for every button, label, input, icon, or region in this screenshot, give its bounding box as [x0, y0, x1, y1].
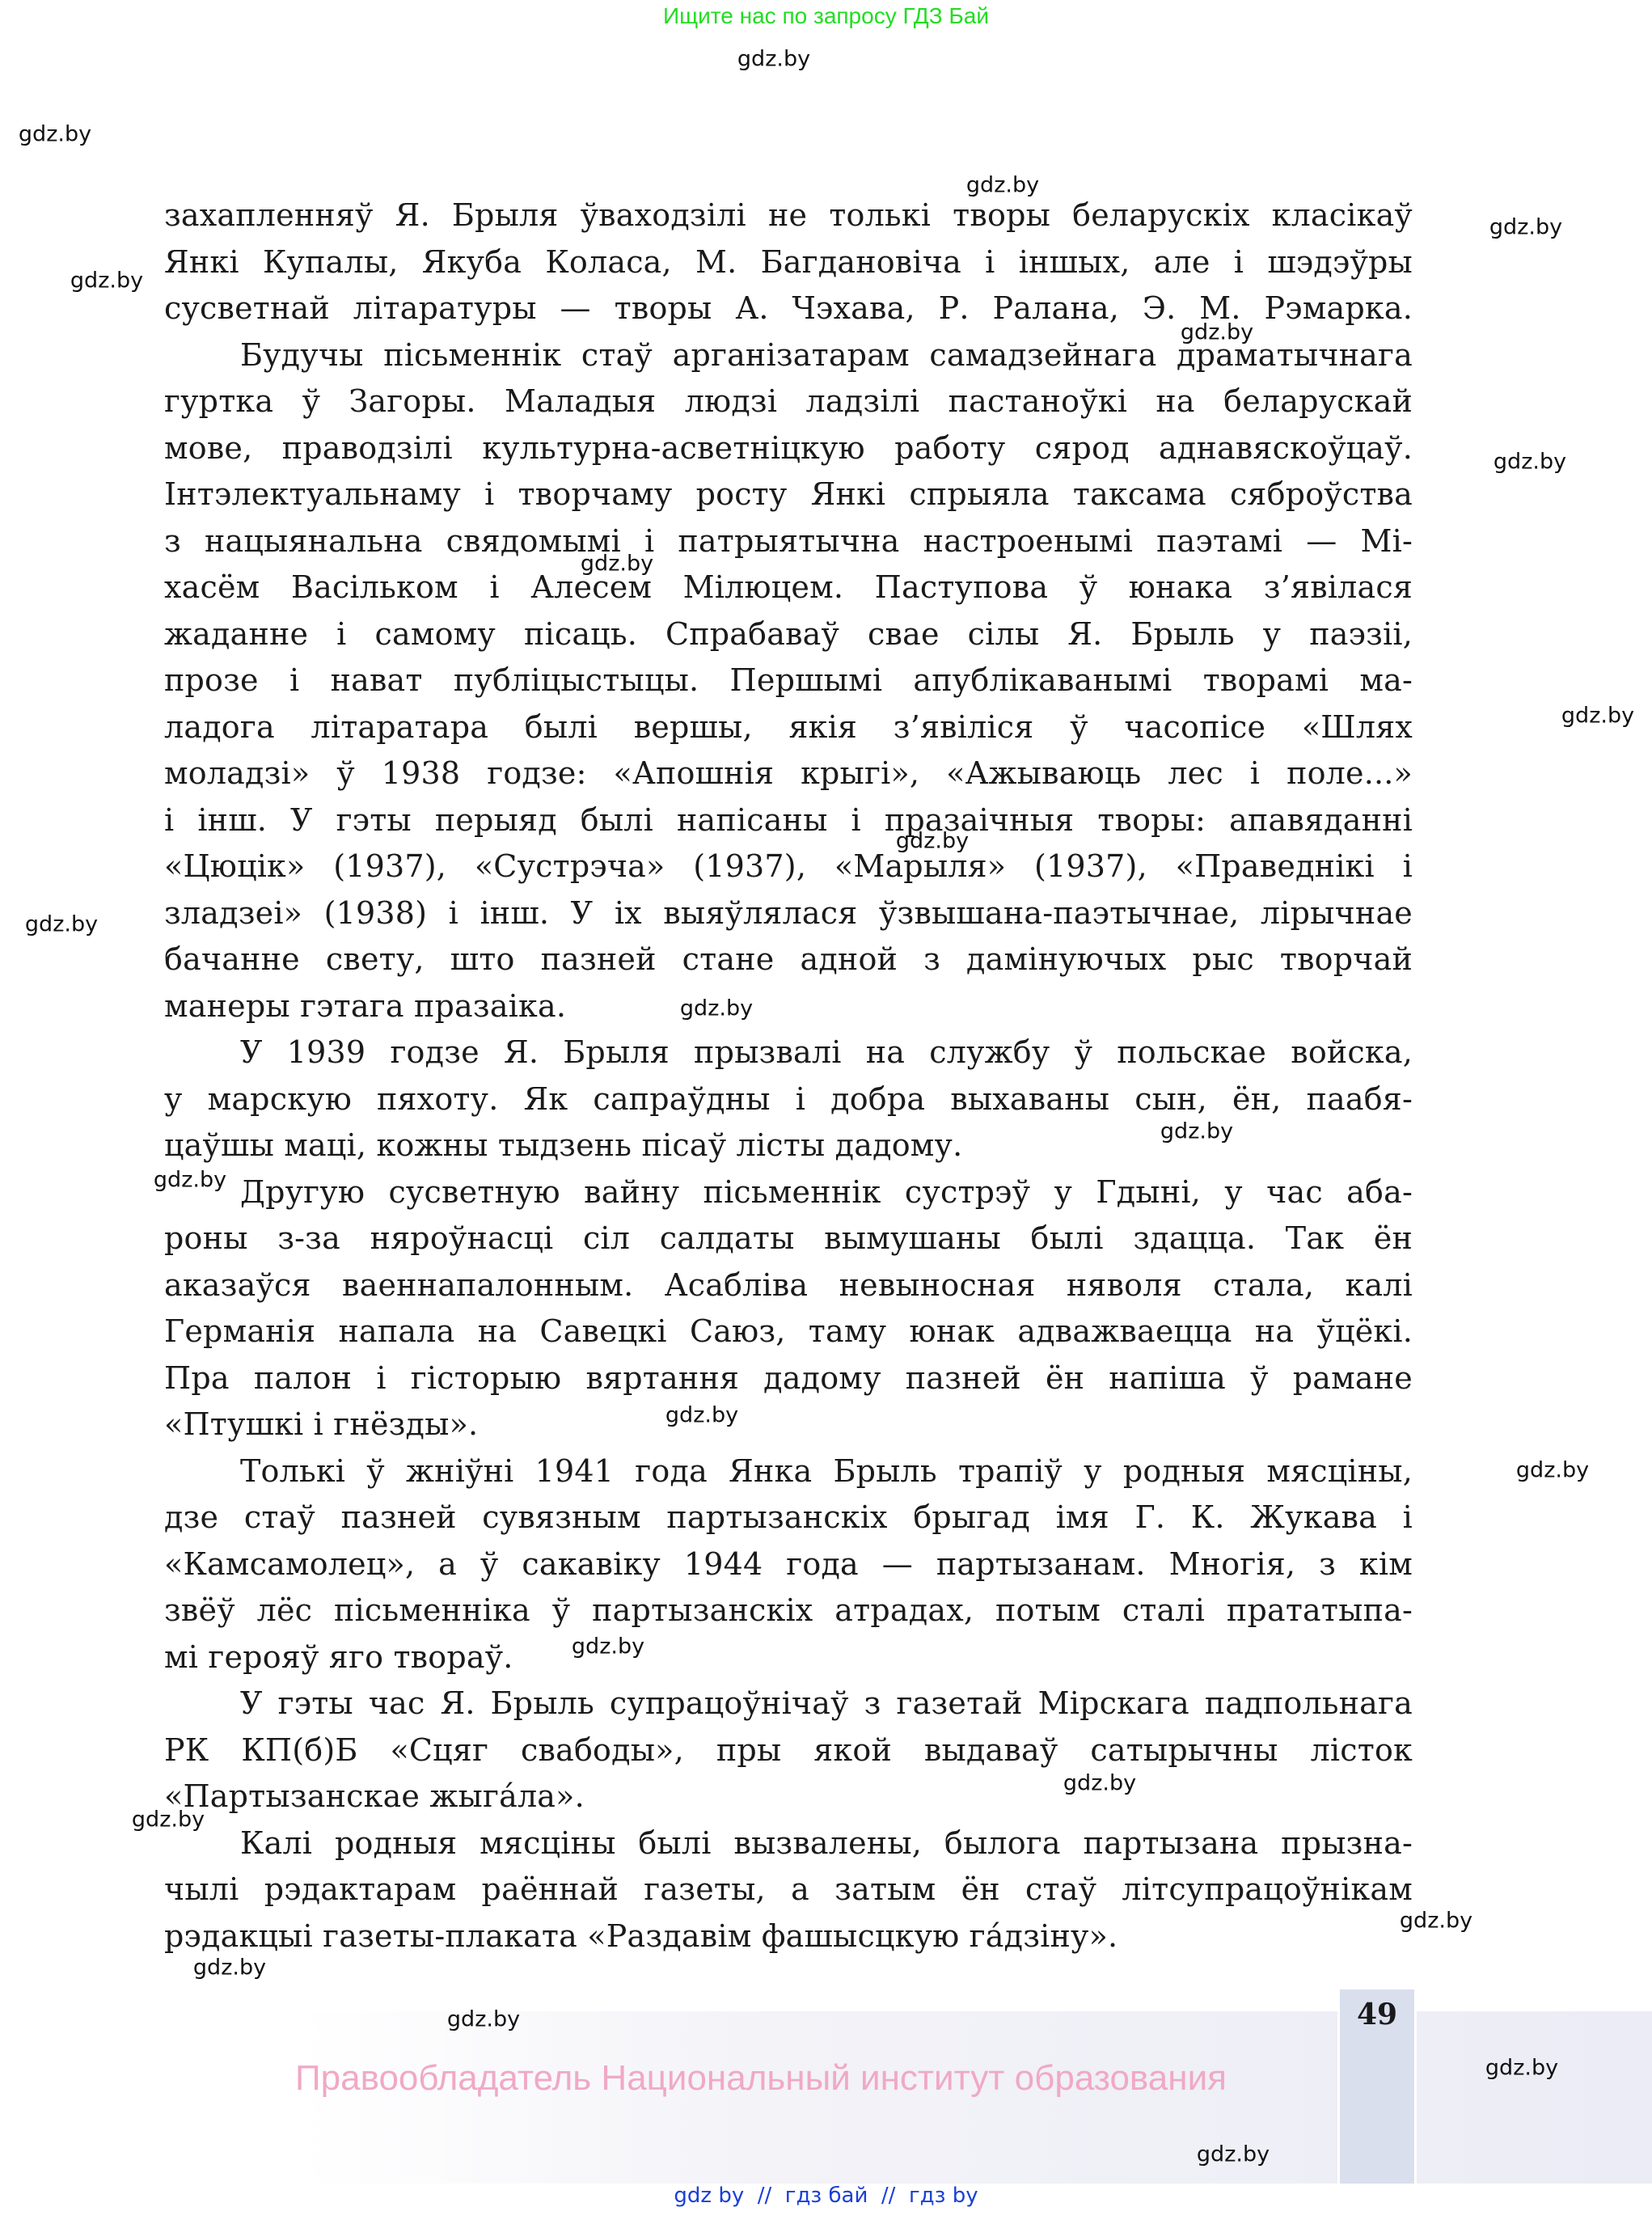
- text-line: Германія напала на Савецкі Саюз, таму юн…: [164, 1309, 1413, 1355]
- text-line: «Цюцік» (1937), «Сустрэча» (1937), «Мары…: [164, 844, 1413, 890]
- text-line: зладзеі» (1938) і інш. У іх выяўлялася ў…: [164, 890, 1413, 937]
- text-line: прозе і нават публіцыстыцы. Першымі апуб…: [164, 657, 1413, 704]
- text-line: роны з-за няроўнасці сіл салдаты вымушан…: [164, 1216, 1413, 1262]
- watermark: gdz.by: [581, 552, 653, 577]
- text-line: рэдакцыі газеты-плаката «Раздавім фашысц…: [164, 1913, 1413, 1960]
- text-line: чылі рэдактарам раённай газеты, а затым …: [164, 1867, 1413, 1913]
- text-line: ладога літаратара былі вершы, якія з’яві…: [164, 704, 1413, 751]
- text-line: «Камсамолец», а ў сакавіку 1944 года — п…: [164, 1541, 1413, 1588]
- text-line: бачанне свету, што пазней стане адной з …: [164, 937, 1413, 983]
- watermark: gdz.by: [1489, 215, 1562, 240]
- copyright-notice: Правообладатель Национальный институт об…: [295, 2058, 1346, 2099]
- watermark: gdz.by: [154, 1168, 226, 1193]
- site-links[interactable]: gdz by // гдз бай // гдз by: [0, 2184, 1652, 2208]
- watermark: gdz.by: [1516, 1458, 1589, 1483]
- watermark: gdz.by: [1063, 1771, 1136, 1796]
- text-line: гуртка ў Загоры. Маладыя людзі ладзілі п…: [164, 378, 1413, 425]
- text-line: звёў лёс пісьменніка ў партызанскіх атра…: [164, 1588, 1413, 1634]
- watermark: gdz.by: [1400, 1909, 1472, 1934]
- watermark: gdz.by: [680, 996, 753, 1021]
- watermark: gdz.by: [572, 1634, 644, 1660]
- watermark: gdz.by: [737, 47, 810, 72]
- page-number-box: 49: [1337, 1989, 1417, 2184]
- text-line: манеры гэтага празаіка.: [164, 983, 1413, 1030]
- text-line: «Партызанскае жыга́ла».: [164, 1774, 1413, 1820]
- text-line: моладзі» ў 1938 годзе: «Апошнія крыгі», …: [164, 750, 1413, 797]
- watermark: gdz.by: [193, 1956, 266, 1981]
- text-line: захапленняў Я. Брыля ўваходзілі не тольк…: [164, 192, 1413, 239]
- search-hint-banner: Ищите нас по запросу ГДЗ Бай: [0, 3, 1652, 29]
- watermark: gdz.by: [1561, 704, 1634, 729]
- text-line: і інш. У гэты перыяд былі напісаны і пра…: [164, 797, 1413, 844]
- watermark: gdz.by: [1181, 320, 1253, 345]
- text-line: Другую сусветную вайну пісьменнік сустрэ…: [164, 1169, 1413, 1216]
- text-line: РК КП(б)Б «Сцяг свабоды», пры якой выдав…: [164, 1727, 1413, 1774]
- text-line: з нацыянальна свядомымі і патрыятычна на…: [164, 518, 1413, 565]
- text-line: У гэты час Я. Брыль супрацоўнічаў з газе…: [164, 1681, 1413, 1727]
- watermark: gdz.by: [1494, 450, 1566, 475]
- watermark: gdz.by: [132, 1808, 205, 1833]
- text-line: «Птушкі і гнёзды».: [164, 1402, 1413, 1448]
- text-line: аказаўся ваеннапалонным. Асабліва невыно…: [164, 1262, 1413, 1309]
- text-line: хасём Васільком і Алесем Мілюцем. Паступ…: [164, 564, 1413, 611]
- text-line: Янкі Купалы, Якуба Коласа, М. Багдановіч…: [164, 239, 1413, 286]
- page-body-text: захапленняў Я. Брыля ўваходзілі не тольк…: [164, 192, 1413, 1960]
- text-line: У 1939 годзе Я. Брыля прызвалі на службу…: [164, 1030, 1413, 1076]
- watermark: gdz.by: [70, 268, 143, 294]
- text-line: мі герояў яго твораў.: [164, 1634, 1413, 1681]
- watermark: gdz.by: [896, 829, 969, 854]
- watermark: gdz.by: [1160, 1119, 1233, 1144]
- watermark: gdz.by: [447, 2007, 520, 2032]
- text-line: дзе стаў пазней сувязным партызанскіх бр…: [164, 1495, 1413, 1541]
- text-line: Пра палон і гісторыю вяртання дадому паз…: [164, 1355, 1413, 1402]
- watermark: gdz.by: [25, 912, 98, 937]
- text-line: жаданне і самому пісаць. Спрабаваў свае …: [164, 611, 1413, 658]
- text-line: Інтэлектуальнаму і творчаму росту Янкі с…: [164, 471, 1413, 518]
- watermark: gdz.by: [966, 173, 1039, 198]
- text-line: Толькі ў жніўні 1941 года Янка Брыль тра…: [164, 1448, 1413, 1495]
- watermark: gdz.by: [1197, 2142, 1270, 2167]
- page-number: 49: [1340, 1998, 1414, 2032]
- watermark: gdz.by: [19, 122, 91, 147]
- watermark: gdz.by: [1485, 2056, 1558, 2081]
- text-line: Калі родныя мясціны былі вызвалены, было…: [164, 1820, 1413, 1867]
- text-line: у марскую пяхоту. Як сапраўдны і добра в…: [164, 1076, 1413, 1123]
- watermark: gdz.by: [665, 1403, 738, 1428]
- text-line: мове, праводзілі культурна-асветніцкую р…: [164, 425, 1413, 472]
